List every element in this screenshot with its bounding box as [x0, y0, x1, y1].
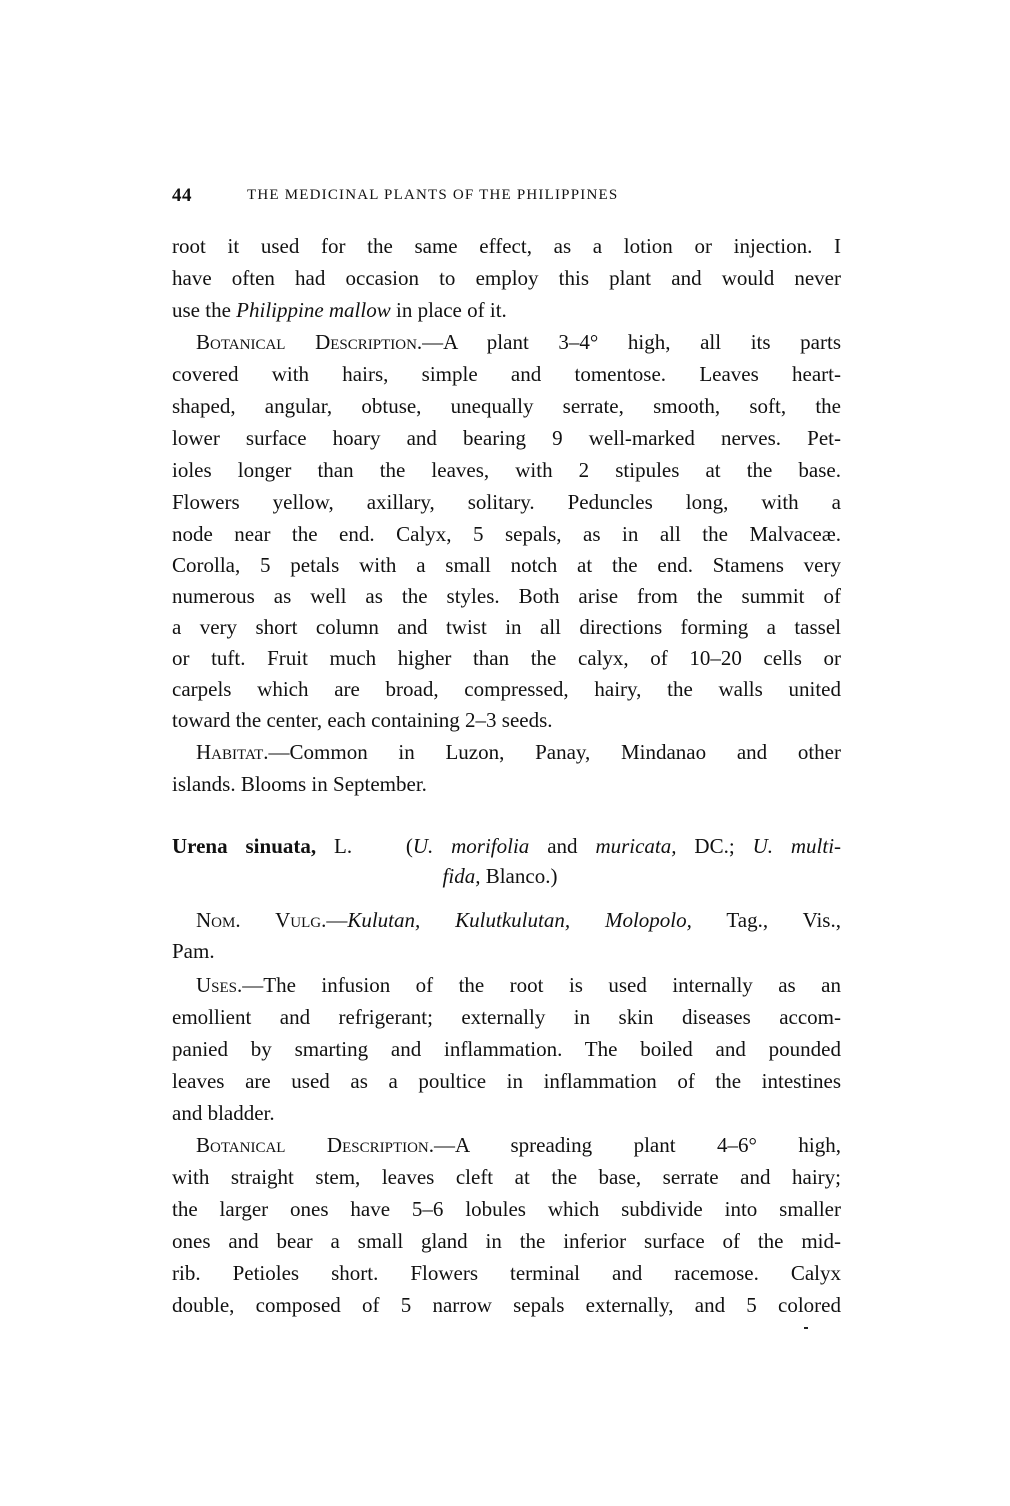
synonym: U. morifolia — [413, 834, 530, 858]
text-span: —The infusion of the root is used intern… — [242, 973, 841, 997]
section-label-habitat: Habitat. — [196, 740, 269, 764]
page-number: 44 — [172, 185, 192, 207]
text-span: ( — [406, 834, 413, 858]
text-line: with straight stem, leaves cleft at the … — [172, 1163, 841, 1191]
italic-term: Philippine mallow — [236, 298, 391, 322]
running-header: 44 THE MEDICINAL PLANTS OF THE PHILIPPIN… — [172, 185, 772, 209]
section-label-nom-vulg: Nom. Vulg. — [196, 908, 326, 932]
species-heading-cont: fida, Blanco.) — [390, 862, 610, 890]
synonym: fida, — [443, 864, 481, 888]
text-line: a very short column and twist in all dir… — [172, 613, 841, 641]
species-name: Urena sinuata, — [172, 834, 316, 858]
text-line: carpels which are broad, compressed, hai… — [172, 675, 841, 703]
text-line: Pam. — [172, 937, 841, 965]
text-line: covered with hairs, simple and tomentose… — [172, 360, 841, 388]
text-line: and bladder. — [172, 1099, 841, 1127]
synonym: U. multi- — [753, 834, 841, 858]
text-span: use the — [172, 298, 236, 322]
text-line: numerous as well as the styles. Both ari… — [172, 582, 841, 610]
text-line: node near the end. Calyx, 5 sepals, as i… — [172, 520, 841, 548]
text-span: — — [326, 908, 347, 932]
text-line: panied by smarting and inflammation. The… — [172, 1035, 841, 1063]
text-line: islands. Blooms in September. — [172, 770, 841, 798]
text-line: have often had occasion to employ this p… — [172, 264, 841, 292]
synonym: muricata, — [595, 834, 676, 858]
print-speck — [804, 1327, 808, 1329]
text-line: emollient and refrigerant; externally in… — [172, 1003, 841, 1031]
text-line: rib. Petioles short. Flowers terminal an… — [172, 1259, 841, 1287]
text-line: ioles longer than the leaves, with 2 sti… — [172, 456, 841, 484]
text-span: —Common in Luzon, Panay, Mindanao and ot… — [269, 740, 841, 764]
text-line: Flowers yellow, axillary, solitary. Pedu… — [172, 488, 841, 516]
text-span: Blanco.) — [480, 864, 557, 888]
text-line: use the Philippine mallow in place of it… — [172, 296, 841, 324]
section-heading-line: Habitat.—Common in Luzon, Panay, Mindana… — [196, 738, 841, 766]
text-line: Corolla, 5 petals with a small notch at … — [172, 551, 841, 579]
species-author: L. — [316, 834, 352, 858]
text-line: ones and bear a small gland in the infer… — [172, 1227, 841, 1255]
text-line: root it used for the same effect, as a l… — [172, 232, 841, 260]
text-line: the larger ones have 5–6 lobules which s… — [172, 1195, 841, 1223]
text-line: leaves are used as a poultice in inflamm… — [172, 1067, 841, 1095]
section-heading-line: Uses.—The infusion of the root is used i… — [196, 971, 841, 999]
vernacular-names-line: Nom. Vulg.—Kulutan, Kulutkulutan, Molopo… — [196, 906, 841, 934]
text-line: toward the center, each containing 2–3 s… — [172, 706, 841, 734]
section-label-botanical: Botanical Description. — [196, 1133, 434, 1157]
section-label-uses: Uses. — [196, 973, 242, 997]
vernacular-names: Kulutan, Kulutkulutan, Molopolo, — [347, 908, 692, 932]
text-span: —A spreading plant 4–6° high, — [434, 1133, 841, 1157]
section-label-botanical: Botanical Description. — [196, 330, 422, 354]
text-line: shaped, angular, obtuse, unequally serra… — [172, 392, 841, 420]
section-heading-line: Botanical Description.—A plant 3–4° high… — [196, 328, 841, 356]
species-heading: Urena sinuata, L. (U. morifolia and muri… — [172, 832, 841, 860]
text-span: Tag., Vis., — [692, 908, 841, 932]
text-span: and — [529, 834, 595, 858]
section-heading-line: Botanical Description.—A spreading plant… — [196, 1131, 841, 1159]
text-span: DC.; — [677, 834, 753, 858]
book-page: 44 THE MEDICINAL PLANTS OF THE PHILIPPIN… — [0, 0, 1010, 1506]
running-title: THE MEDICINAL PLANTS OF THE PHILIPPINES — [247, 187, 618, 204]
text-line: double, composed of 5 narrow sepals exte… — [172, 1291, 841, 1319]
text-span: in place of it. — [391, 298, 507, 322]
text-span: —A plant 3–4° high, all its parts — [422, 330, 841, 354]
text-line: or tuft. Fruit much higher than the caly… — [172, 644, 841, 672]
text-line: lower surface hoary and bearing 9 well-m… — [172, 424, 841, 452]
